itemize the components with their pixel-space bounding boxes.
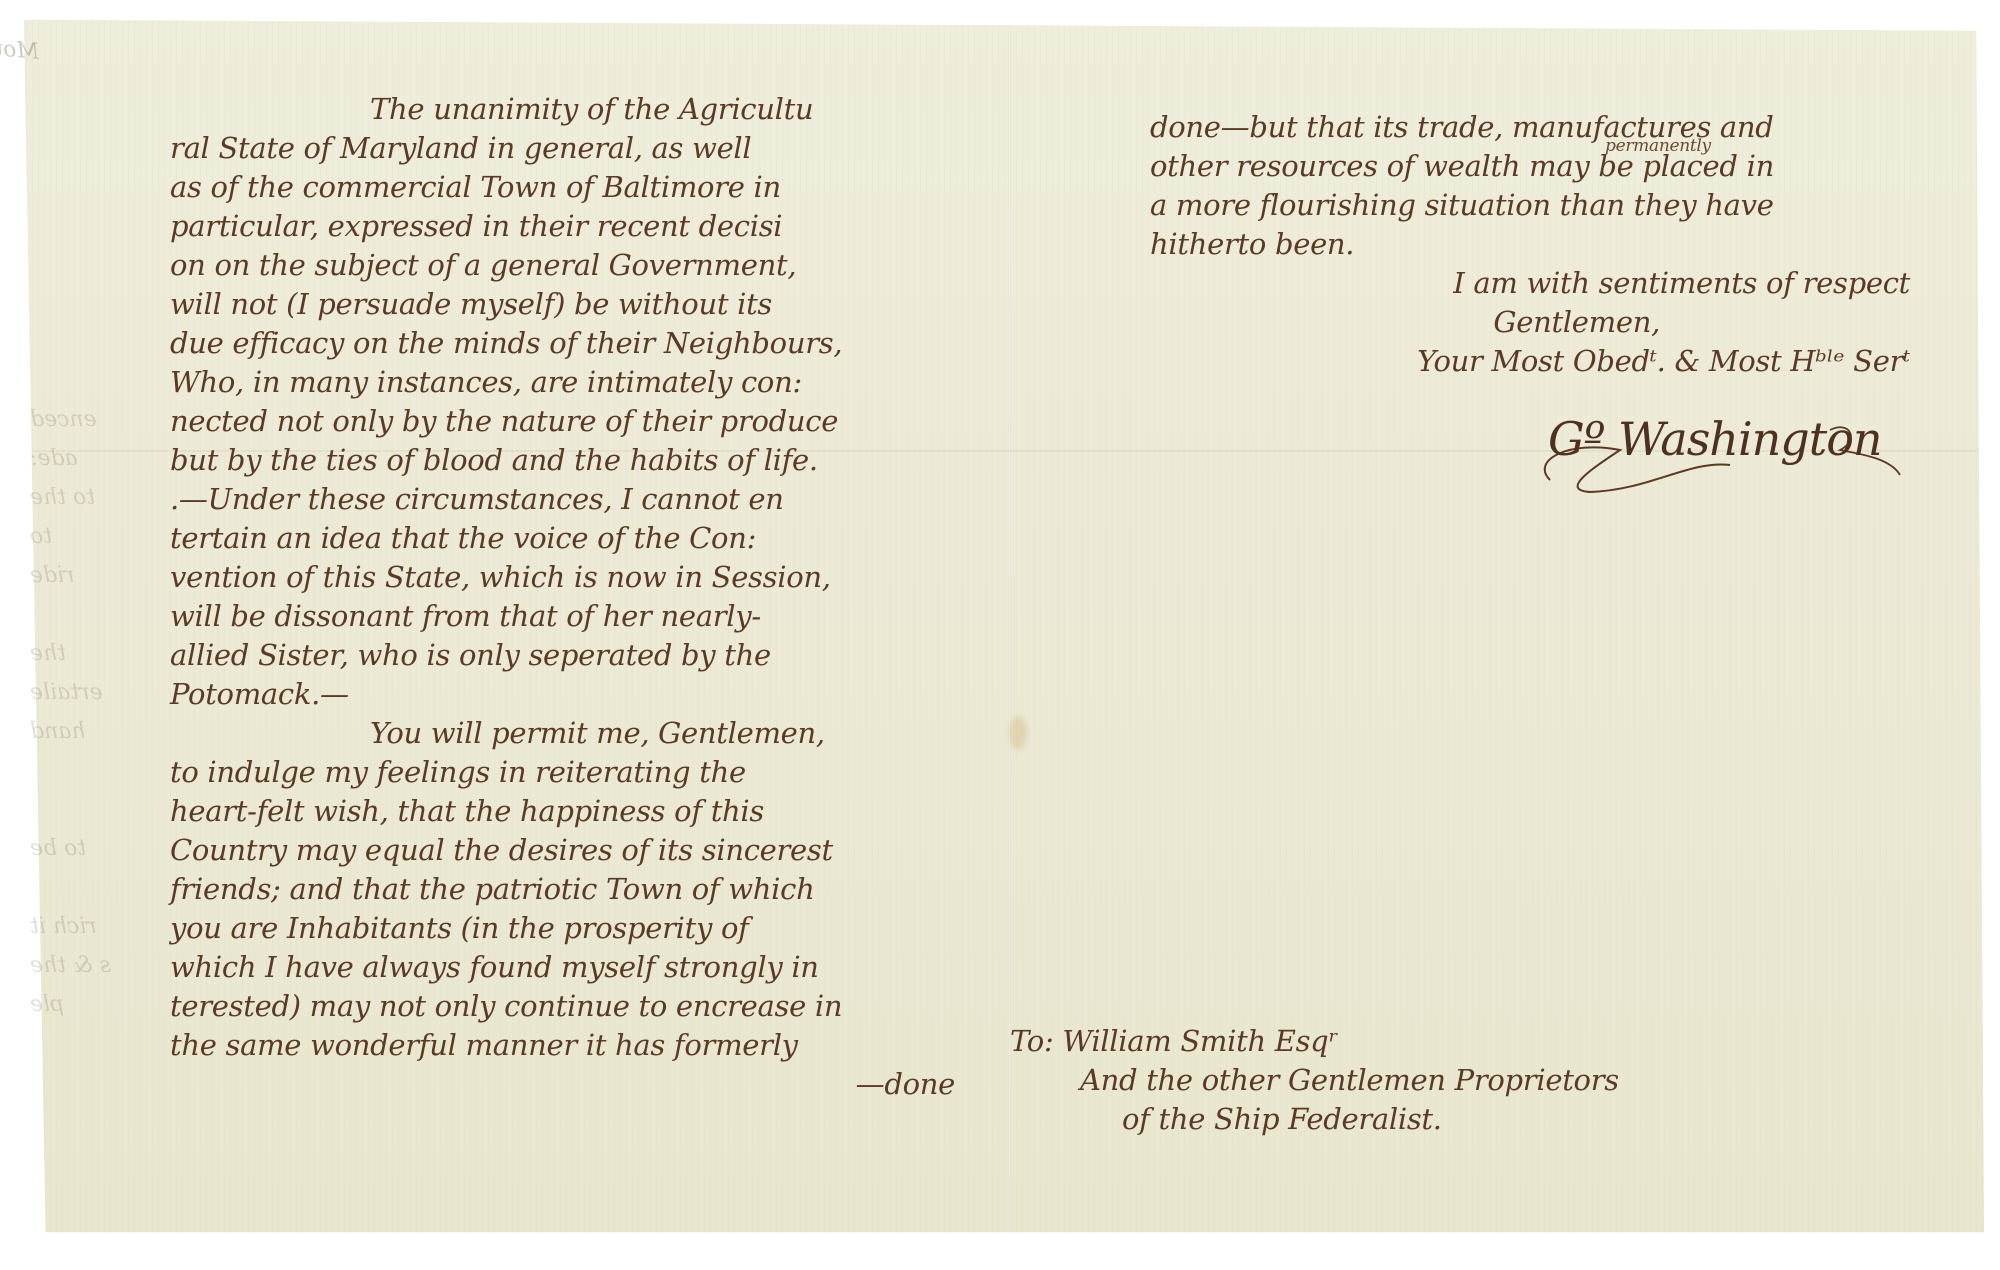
- text-line: a more flourishing situation than they h…: [1150, 186, 1950, 225]
- text-line: Potomack.—: [170, 675, 990, 714]
- closing-line: I am with sentiments of respect: [1150, 264, 1950, 303]
- text-line: on on the subject of a general Governmen…: [170, 246, 990, 285]
- text-line: friends; and that the patriotic Town of …: [170, 870, 990, 909]
- closing-salutation: Gentlemen,: [1150, 303, 1950, 342]
- catchword: —done: [170, 1065, 990, 1104]
- text-line: as of the commercial Town of Baltimore i…: [170, 168, 990, 207]
- address-line: To: William Smith Esqʳ: [1010, 1022, 1810, 1061]
- left-page-body: The unanimity of the Agricultu ral State…: [170, 90, 990, 1104]
- signature: Gº Washington: [1548, 412, 1882, 466]
- right-page-body: done—but that its trade, manufactures an…: [1150, 108, 1950, 264]
- closing-block: I am with sentiments of respect Gentleme…: [1150, 264, 1950, 381]
- interlineation: permanently: [1605, 127, 1711, 166]
- text-line: The unanimity of the Agricultu: [170, 90, 990, 129]
- closing-complimentary: Your Most Obedᵗ. & Most Hᵇˡᵉ Serᵗ: [1150, 342, 1950, 381]
- address-line: of the Ship Federalist.: [1010, 1100, 1810, 1139]
- text-line: you are Inhabitants (in the prosperity o…: [170, 909, 990, 948]
- text-line: to indulge my feelings in reiterating th…: [170, 753, 990, 792]
- text-line: nected not only by the nature of their p…: [170, 402, 990, 441]
- text-line: tertain an idea that the voice of the Co…: [170, 519, 990, 558]
- text-line: which I have always found myself strongl…: [170, 948, 990, 987]
- bleed-through-text: enced ade: to the to ride the ertaile ha…: [30, 400, 170, 1024]
- text-line: will not (I persuade myself) be without …: [170, 285, 990, 324]
- text-line: but by the ties of blood and the habits …: [170, 441, 990, 480]
- text-line: heart-felt wish, that the happiness of t…: [170, 792, 990, 831]
- foxing-stain: [1009, 716, 1027, 750]
- text-line: .—Under these circumstances, I cannot en: [170, 480, 990, 519]
- address-line: And the other Gentlemen Proprietors: [1010, 1061, 1810, 1100]
- text-line: hitherto been.: [1150, 225, 1950, 264]
- text-line: You will permit me, Gentlemen,: [170, 714, 990, 753]
- text-line: allied Sister, who is only seperated by …: [170, 636, 990, 675]
- text-line: will be dissonant from that of her nearl…: [170, 597, 990, 636]
- text-line: vention of this State, which is now in S…: [170, 558, 990, 597]
- text-line: terested) may not only continue to encre…: [170, 987, 990, 1026]
- text-line: ral State of Maryland in general, as wel…: [170, 129, 990, 168]
- text-line: done—but that its trade, manufactures an…: [1150, 108, 1950, 147]
- text-line: particular, expressed in their recent de…: [170, 207, 990, 246]
- text-line: Country may equal the desires of its sin…: [170, 831, 990, 870]
- text-line: due efficacy on the minds of their Neigh…: [170, 324, 990, 363]
- address-block: To: William Smith Esqʳ And the other Gen…: [1010, 1022, 1810, 1139]
- text-line: Who, in many instances, are intimately c…: [170, 363, 990, 402]
- text-line: the same wonderful manner it has formerl…: [170, 1026, 990, 1065]
- text-line: permanently other resources of wealth ma…: [1150, 147, 1950, 186]
